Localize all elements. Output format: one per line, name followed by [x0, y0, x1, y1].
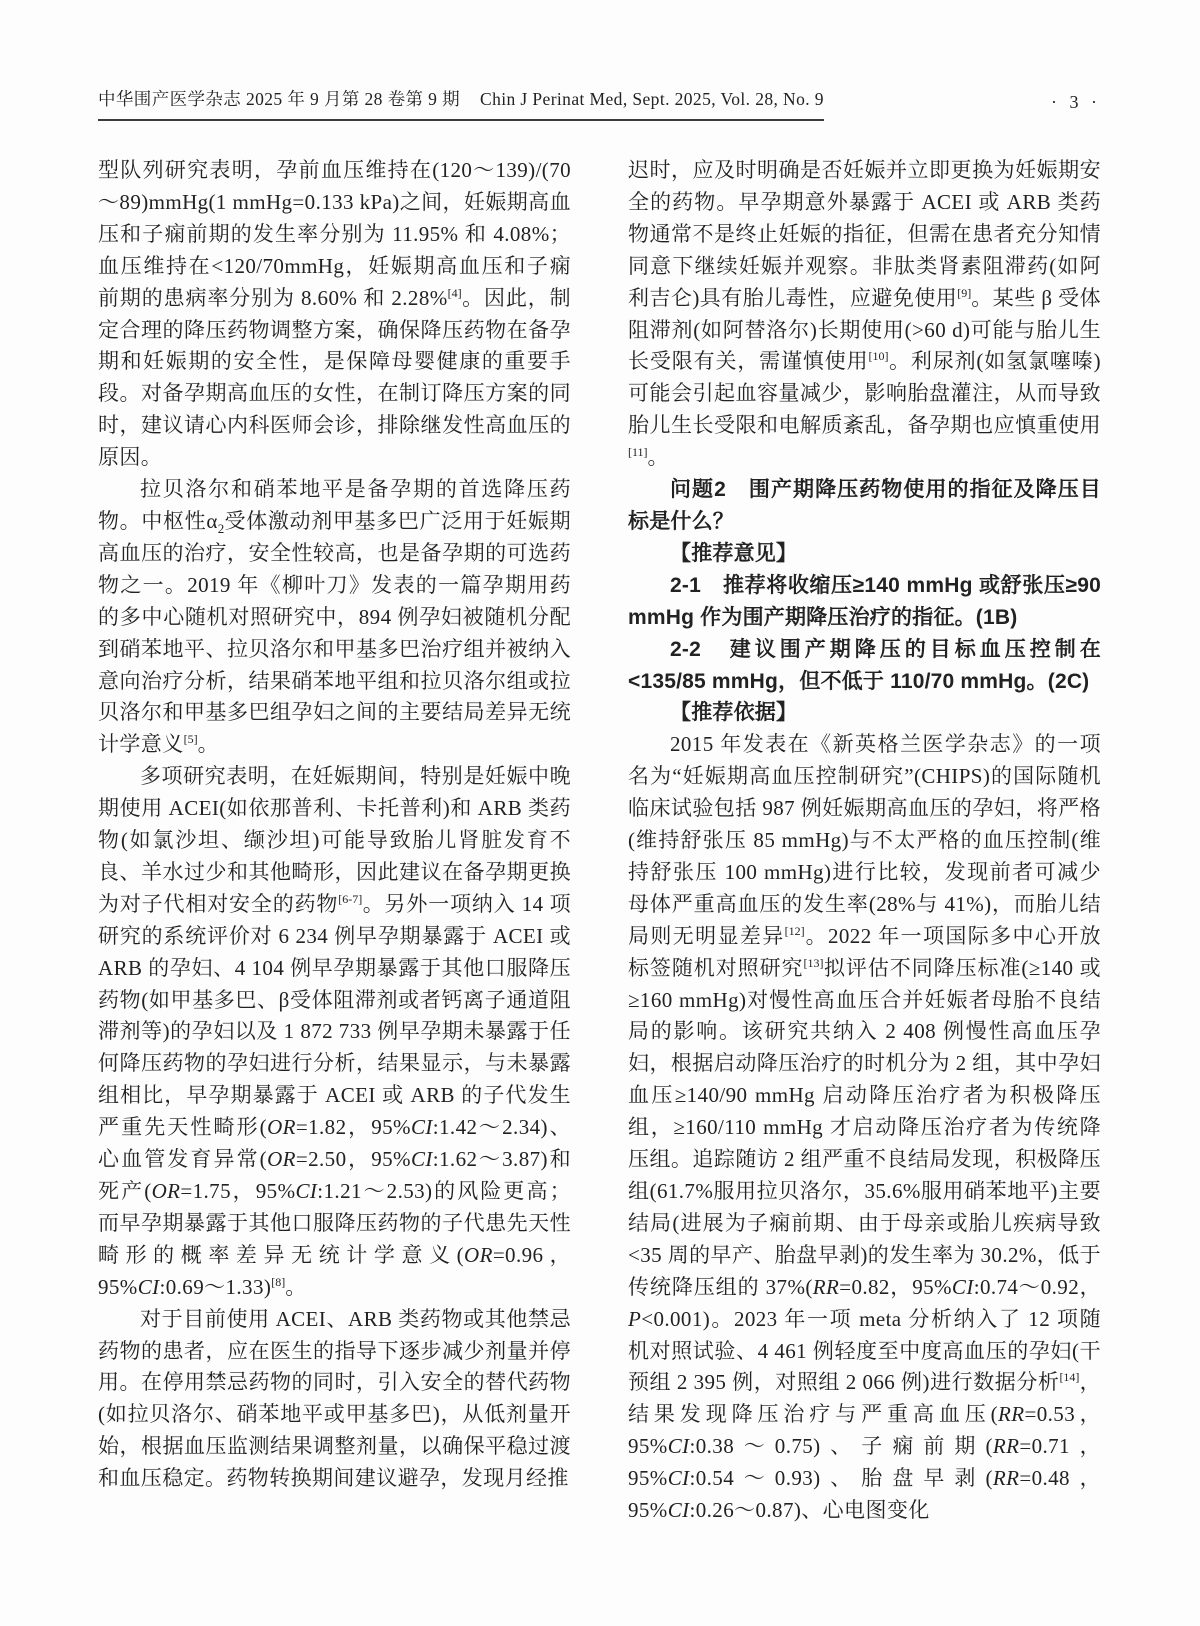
article-body: 型队列研究表明，孕前血压维持在(120～139)/(70～89)mmHg(1 m… [98, 155, 1101, 1527]
recommendation-heading: 【推荐意见】 [628, 538, 1101, 570]
reference-superscript: [9] [957, 286, 971, 300]
body-paragraph: 多项研究表明，在妊娠期间，特别是妊娠中晚期使用 ACEI(如依那普利、卡托普利)… [98, 761, 571, 1303]
reference-superscript: [5] [184, 732, 198, 746]
italic-statistic-term: CI [668, 1466, 690, 1490]
reference-superscript: [13] [803, 956, 823, 970]
italic-statistic-term: CI [295, 1179, 317, 1203]
reference-superscript: [4] [448, 286, 462, 300]
italic-statistic-term: CI [668, 1498, 690, 1522]
italic-statistic-term: CI [411, 1147, 433, 1171]
italic-statistic-term: RR [993, 1466, 1019, 1490]
journal-title-en: Chin J Perinat Med, Sept. 2025, Vol. 28,… [480, 89, 824, 109]
body-paragraph: 迟时，应及时明确是否妊娠并立即更换为妊娠期安全的药物。早孕期意外暴露于 ACEI… [628, 155, 1101, 474]
right-column: 迟时，应及时明确是否妊娠并立即更换为妊娠期安全的药物。早孕期意外暴露于 ACEI… [628, 155, 1101, 1527]
reference-superscript: [12] [785, 924, 805, 938]
body-paragraph: 对于目前使用 ACEI、ARB 类药物或其他禁忌药物的患者，应在医生的指导下逐步… [98, 1304, 571, 1495]
italic-statistic-term: CI [411, 1115, 433, 1139]
reference-superscript: [10] [869, 349, 889, 363]
page-number: · 3 · [1051, 92, 1101, 121]
italic-statistic-term: RR [813, 1275, 839, 1299]
page-header: 中华围产医学杂志 2025 年 9 月第 28 卷第 9 期Chin J Per… [98, 86, 1101, 121]
italic-statistic-term: P [628, 1307, 641, 1331]
body-paragraph: 型队列研究表明，孕前血压维持在(120～139)/(70～89)mmHg(1 m… [98, 155, 571, 474]
italic-statistic-term: RR [998, 1402, 1024, 1426]
body-paragraph: 拉贝洛尔和硝苯地平是备孕期的首选降压药物。中枢性α2受体激动剂甲基多巴广泛用于妊… [98, 474, 571, 761]
italic-statistic-term: OR [267, 1147, 296, 1171]
italic-statistic-term: CI [952, 1275, 974, 1299]
reference-superscript: [11] [628, 445, 648, 459]
italic-statistic-term: CI [138, 1275, 160, 1299]
italic-statistic-term: OR [152, 1179, 181, 1203]
journal-page: 中华围产医学杂志 2025 年 9 月第 28 卷第 9 期Chin J Per… [0, 0, 1200, 1626]
recommendation-heading: 问题2 围产期降压药物使用的指征及降压目标是什么？ [628, 474, 1101, 538]
reference-superscript: [8] [271, 1275, 285, 1289]
left-column: 型队列研究表明，孕前血压维持在(120～139)/(70～89)mmHg(1 m… [98, 155, 571, 1527]
running-head: 中华围产医学杂志 2025 年 9 月第 28 卷第 9 期Chin J Per… [98, 86, 824, 121]
italic-statistic-term: OR [267, 1115, 296, 1139]
reference-superscript: [6-7] [338, 892, 362, 906]
body-paragraph: 2015 年发表在《新英格兰医学杂志》的一项名为“妊娠期高血压控制研究”(CHI… [628, 729, 1101, 1527]
journal-title-cn: 中华围产医学杂志 2025 年 9 月第 28 卷第 9 期 [98, 89, 460, 109]
subscript: 2 [218, 521, 225, 536]
recommendation-heading: 2-1 推荐将收缩压≥140 mmHg 或舒张压≥90 mmHg 作为围产期降压… [628, 570, 1101, 634]
italic-statistic-term: RR [993, 1434, 1019, 1458]
recommendation-heading: 2-2 建议围产期降压的目标血压控制在<135/85 mmHg，但不低于 110… [628, 634, 1101, 698]
italic-statistic-term: OR [464, 1243, 493, 1267]
recommendation-heading: 【推荐依据】 [628, 697, 1101, 729]
reference-superscript: [14] [1059, 1370, 1079, 1384]
italic-statistic-term: CI [668, 1434, 690, 1458]
